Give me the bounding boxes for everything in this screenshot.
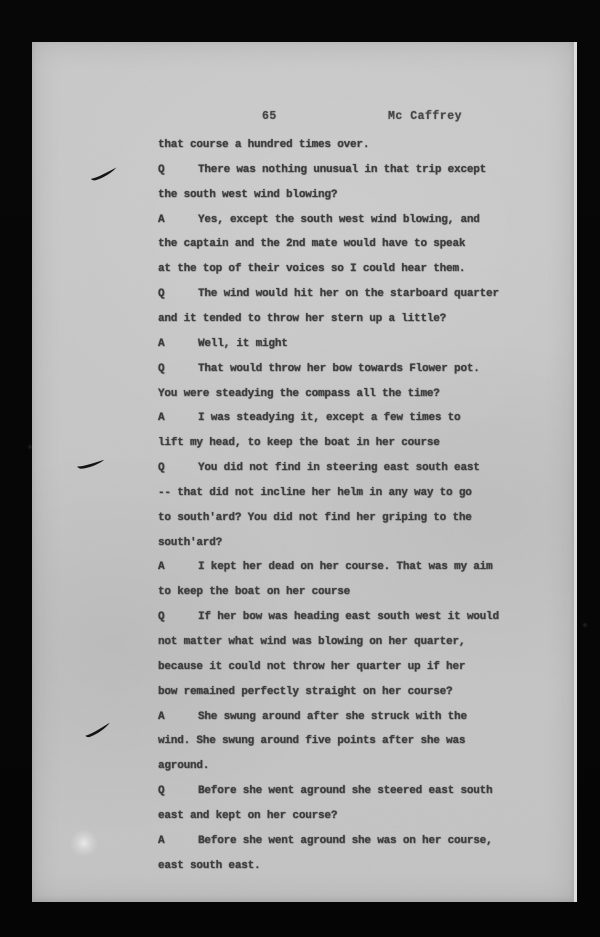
line-text: If her bow was heading east south west i… [198, 611, 499, 623]
transcript-line: lift my head, to keep the boat in her co… [158, 435, 558, 451]
speaker-letter: A [158, 212, 198, 228]
transcript-line: south'ard? [158, 535, 558, 551]
line-text: east and kept on her course? [158, 810, 337, 822]
line-text: bow remained perfectly straight on her c… [158, 686, 452, 698]
transcript-line: and it tended to throw her stern up a li… [158, 311, 558, 327]
speaker-letter: A [158, 410, 198, 426]
transcript-line: east south east. [158, 858, 558, 874]
transcript-line-q: QThat would throw her bow towards Flower… [158, 361, 558, 377]
transcript-line-q: QIf her bow was heading east south west … [158, 609, 558, 625]
line-text: and it tended to throw her stern up a li… [158, 313, 446, 325]
transcript-line: You were steadying the compass all the t… [158, 386, 558, 402]
line-text: You were steadying the compass all the t… [158, 388, 440, 400]
speaker-letter: Q [158, 286, 198, 302]
line-text: You did not find in steering east south … [198, 462, 480, 474]
line-text: Before she went aground she was on her c… [198, 835, 492, 847]
scan-background: 65 Mc Caffrey that course a hundred time… [0, 0, 600, 937]
line-text: That would throw her bow towards Flower … [198, 363, 480, 375]
transcript-line-a: ABefore she went aground she was on her … [158, 833, 558, 849]
transcript-line: aground. [158, 758, 558, 774]
transcript-line: to keep the boat on her course [158, 584, 558, 600]
transcript-line: the south west wind blowing? [158, 187, 558, 203]
transcript-line: the captain and the 2nd mate would have … [158, 236, 558, 252]
line-text: Before she went aground she steered east… [198, 785, 492, 797]
line-text: wind. She swung around five points after… [158, 735, 465, 747]
transcript-line: to south'ard? You did not find her gripi… [158, 510, 558, 526]
line-text: There was nothing unusual in that trip e… [198, 164, 486, 176]
transcript-line: -- that did not incline her helm in any … [158, 485, 558, 501]
speaker-letter: A [158, 336, 198, 352]
speaker-letter: Q [158, 460, 198, 476]
transcript-line-a: AI was steadying it, except a few times … [158, 410, 558, 426]
line-text: Well, it might [198, 338, 288, 350]
speaker-letter: Q [158, 609, 198, 625]
speaker-letter: Q [158, 162, 198, 178]
transcript-line-a: AYes, except the south west wind blowing… [158, 212, 558, 228]
line-text: aground. [158, 760, 209, 772]
transcript-line: bow remained perfectly straight on her c… [158, 684, 558, 700]
line-text: -- that did not incline her helm in any … [158, 487, 472, 499]
line-text: that course a hundred times over. [158, 139, 369, 151]
speaker-letter: Q [158, 783, 198, 799]
line-text: I was steadying it, except a few times t… [198, 412, 460, 424]
transcript-line: at the top of their voices so I could he… [158, 261, 558, 277]
line-text: the south west wind blowing? [158, 189, 337, 201]
transcript-line-q: QThe wind would hit her on the starboard… [158, 286, 558, 302]
transcript-line-a: AShe swung around after she struck with … [158, 709, 558, 725]
transcript-line: not matter what wind was blowing on her … [158, 634, 558, 650]
transcript-line: wind. She swung around five points after… [158, 733, 558, 749]
line-text: I kept her dead on her course. That was … [198, 561, 492, 573]
line-text: because it could not throw her quarter u… [158, 661, 465, 673]
line-text: the captain and the 2nd mate would have … [158, 238, 465, 250]
line-text: Yes, except the south west wind blowing,… [198, 214, 480, 226]
transcript-line-a: AWell, it might [158, 336, 558, 352]
line-text: She swung around after she struck with t… [198, 711, 467, 723]
transcript-line-q: QYou did not find in steering east south… [158, 460, 558, 476]
speaker-letter: Q [158, 361, 198, 377]
speaker-letter: A [158, 709, 198, 725]
transcript-line: because it could not throw her quarter u… [158, 659, 558, 675]
transcript-lines: that course a hundred times over.QThere … [32, 42, 574, 902]
line-text: The wind would hit her on the starboard … [198, 288, 499, 300]
document-page: 65 Mc Caffrey that course a hundred time… [32, 42, 577, 902]
speaker-letter: A [158, 833, 198, 849]
transcript-line-a: AI kept her dead on her course. That was… [158, 559, 558, 575]
line-text: lift my head, to keep the boat in her co… [158, 437, 440, 449]
line-text: to keep the boat on her course [158, 586, 350, 598]
transcript-line-q: QBefore she went aground she steered eas… [158, 783, 558, 799]
speaker-letter: A [158, 559, 198, 575]
line-text: not matter what wind was blowing on her … [158, 636, 465, 648]
transcript-line: east and kept on her course? [158, 808, 558, 824]
line-text: to south'ard? You did not find her gripi… [158, 512, 472, 524]
transcript-line: that course a hundred times over. [158, 137, 558, 153]
line-text: at the top of their voices so I could he… [158, 263, 465, 275]
line-text: south'ard? [158, 537, 222, 549]
line-text: east south east. [158, 860, 260, 872]
transcript-line-q: QThere was nothing unusual in that trip … [158, 162, 558, 178]
